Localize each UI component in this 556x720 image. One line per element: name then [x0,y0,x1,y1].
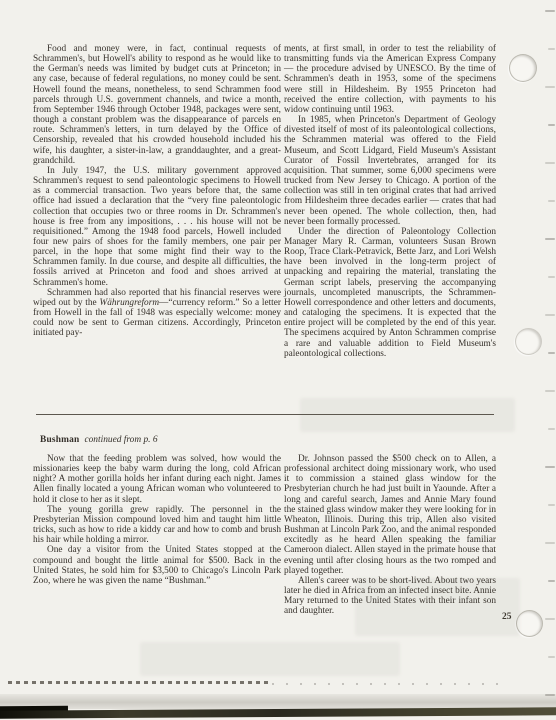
edge-tick [545,390,555,392]
paragraph: Dr. Johnson passed the $500 check on to … [284,454,496,576]
edge-tick [548,276,555,278]
continuation-note: continued from p. 6 [84,435,157,445]
edge-tick [548,200,555,202]
paragraph: The young gorilla grew rapidly. The pers… [33,505,281,546]
edge-tick [545,618,555,620]
edge-tick [545,162,555,164]
punch-hole [515,328,542,355]
edge-tick [545,542,555,544]
german-term-italic: Währungreform [99,298,159,308]
edge-tick [548,352,555,354]
schrammen-article-right-column: ments, at first small, in order to test … [284,44,496,359]
scan-dashed-smudge-faint [272,683,510,685]
edge-tick [545,238,555,240]
edge-tick [548,124,555,126]
edge-tick [545,86,555,88]
edge-tick [548,656,555,658]
scan-dashed-smudge [8,681,270,684]
scan-gray-band [0,694,556,709]
paragraph: Now that the feeding problem was solved,… [33,454,281,505]
paragraph: ments, at first small, in order to test … [284,44,496,115]
schrammen-article-left-column: Food and money were, in fact, continual … [33,44,281,339]
continuation-title: Bushman [40,435,79,445]
bushman-continuation-header: Bushmancontinued from p. 6 [40,435,158,445]
paragraph: Food and money were, in fact, continual … [33,44,281,166]
paragraph: Under the direction of Paleontology Coll… [284,227,496,359]
paragraph: In July 1947, the U.S. military governme… [33,166,281,288]
scanned-document-page: Food and money were, in fact, continual … [0,0,556,720]
bleed-through-smudge [355,578,520,636]
edge-tick [545,10,555,12]
bleed-through-smudge [300,398,515,432]
edge-tick [548,428,555,430]
edge-tick [545,466,555,468]
paragraph: Schrammen had also reported that his fin… [33,288,281,339]
edge-tick [548,48,555,50]
punch-hole [509,54,537,82]
bleed-through-smudge [140,642,400,676]
edge-tick [548,504,555,506]
edge-tick [548,580,555,582]
edge-tick [545,314,555,316]
paragraph: In 1985, when Princeton's Department of … [284,115,496,227]
paragraph: One day a visitor from the United States… [33,545,281,586]
bushman-article-left-column: Now that the feeding problem was solved,… [33,454,281,586]
punch-hole [516,610,543,637]
